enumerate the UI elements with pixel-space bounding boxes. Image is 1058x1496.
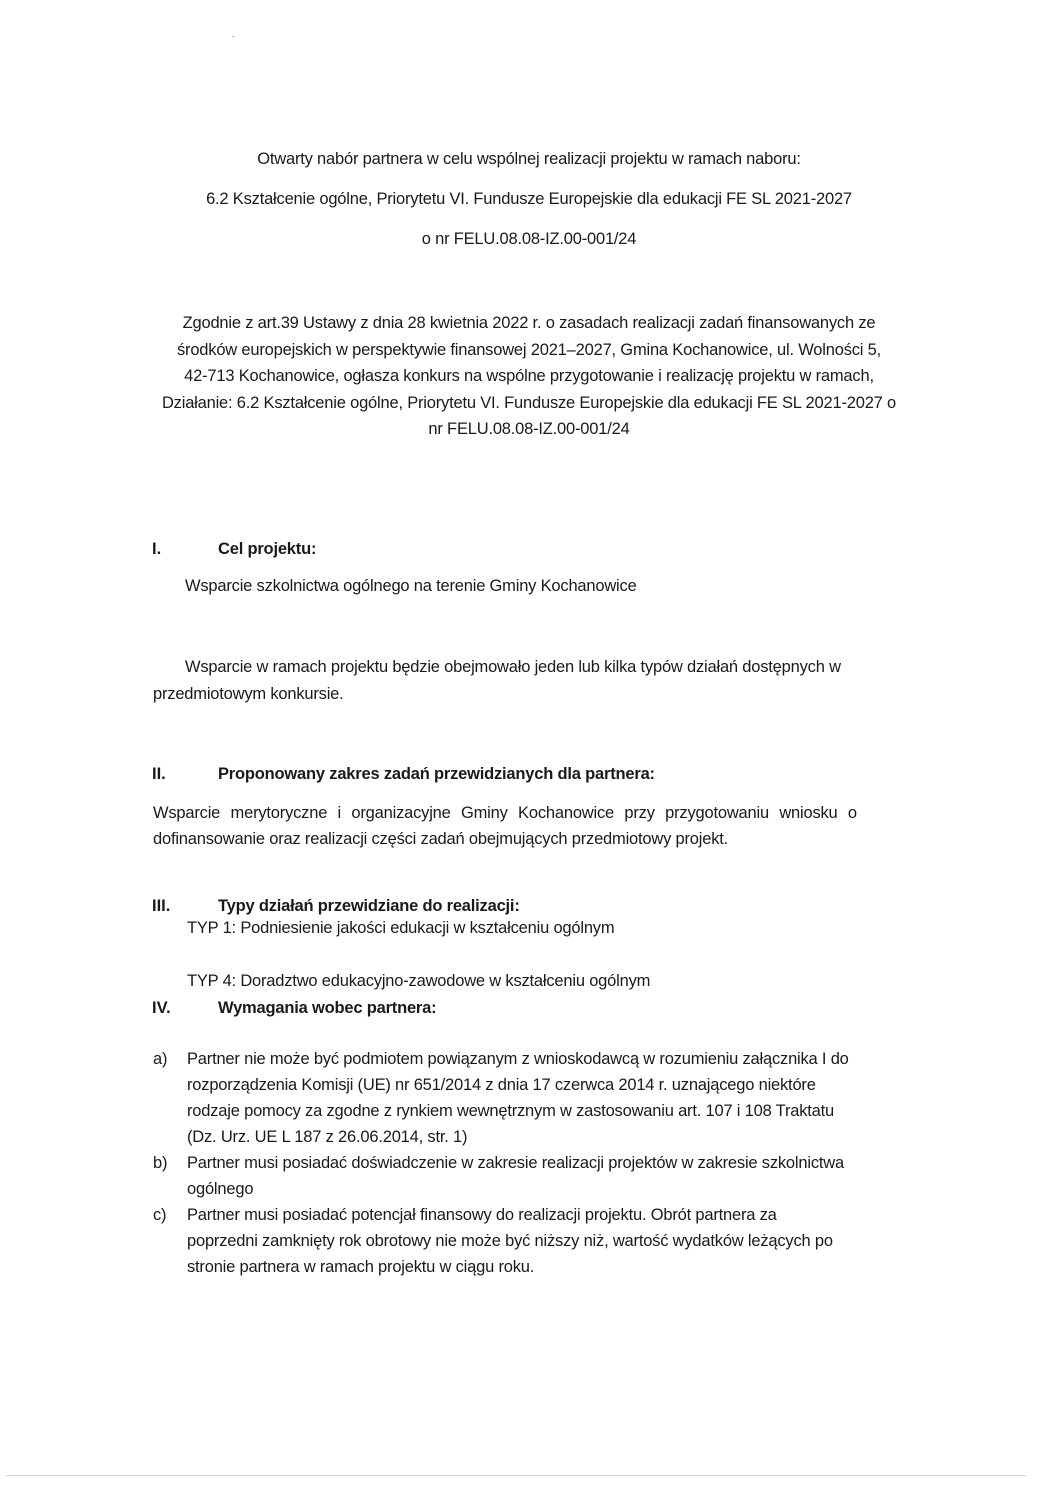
intro-line-2: środków europejskich w perspektywie fina… <box>0 339 1058 361</box>
requirement-b-line-2: ogólnego <box>187 1178 253 1200</box>
section-2-number: II. <box>152 763 166 785</box>
header-line-2: 6.2 Kształcenie ogólne, Priorytetu VI. F… <box>0 188 1058 210</box>
section-3-type-1: TYP 1: Podniesienie jakości edukacji w k… <box>187 917 614 939</box>
requirement-a-line-2: rozporządzenia Komisji (UE) nr 651/2014 … <box>187 1074 816 1096</box>
requirement-b-marker: b) <box>153 1152 167 1174</box>
section-2-body-1: Wsparcie merytoryczne i organizacyjne Gm… <box>153 802 931 824</box>
section-4-number: IV. <box>152 997 171 1019</box>
requirement-c-line-2: poprzedni zamknięty rok obrotowy nie moż… <box>187 1230 833 1252</box>
section-1-body-3: przedmiotowym konkursie. <box>153 683 344 705</box>
intro-line-1: Zgodnie z art.39 Ustawy z dnia 28 kwietn… <box>0 312 1058 334</box>
requirement-b-line-1: Partner musi posiadać doświadczenie w za… <box>187 1152 844 1174</box>
header-line-1: Otwarty nabór partnera w celu wspólnej r… <box>0 148 1058 170</box>
section-2-body-2: dofinansowanie oraz realizacji części za… <box>153 828 728 850</box>
header-line-3: o nr FELU.08.08-IZ.00-001/24 <box>0 228 1058 250</box>
section-3-title: Typy działań przewidziane do realizacji: <box>218 895 520 917</box>
requirement-a-marker: a) <box>153 1048 167 1070</box>
section-3-number: III. <box>152 895 170 917</box>
section-2-title: Proponowany zakres zadań przewidzianych … <box>218 763 655 785</box>
section-1-number: I. <box>152 538 161 560</box>
requirement-c-marker: c) <box>153 1204 166 1226</box>
requirement-c-line-1: Partner musi posiadać potencjał finansow… <box>187 1204 777 1226</box>
requirement-a-line-3: rodzaje pomocy za zgodne z rynkiem wewnę… <box>187 1100 834 1122</box>
section-1-body-2: Wsparcie w ramach projektu będzie obejmo… <box>185 656 841 678</box>
requirement-a-line-4: (Dz. Urz. UE L 187 z 26.06.2014, str. 1) <box>187 1126 467 1148</box>
requirement-c-line-3: stronie partnera w ramach projektu w cią… <box>187 1256 534 1278</box>
section-3-type-4: TYP 4: Doradztwo edukacyjno-zawodowe w k… <box>187 970 650 992</box>
section-4-title: Wymagania wobec partnera: <box>218 997 436 1019</box>
section-1-title: Cel projektu: <box>218 538 316 560</box>
intro-line-3: 42-713 Kochanowice, ogłasza konkurs na w… <box>0 365 1058 387</box>
intro-line-4: Działanie: 6.2 Kształcenie ogólne, Prior… <box>0 392 1058 414</box>
scan-edge-line <box>6 1475 1026 1476</box>
intro-line-5: nr FELU.08.08-IZ.00-001/24 <box>0 418 1058 440</box>
requirement-a-line-1: Partner nie może być podmiotem powiązany… <box>187 1048 849 1070</box>
section-1-body-1: Wsparcie szkolnictwa ogólnego na terenie… <box>185 575 637 597</box>
scan-artifact <box>232 36 234 37</box>
